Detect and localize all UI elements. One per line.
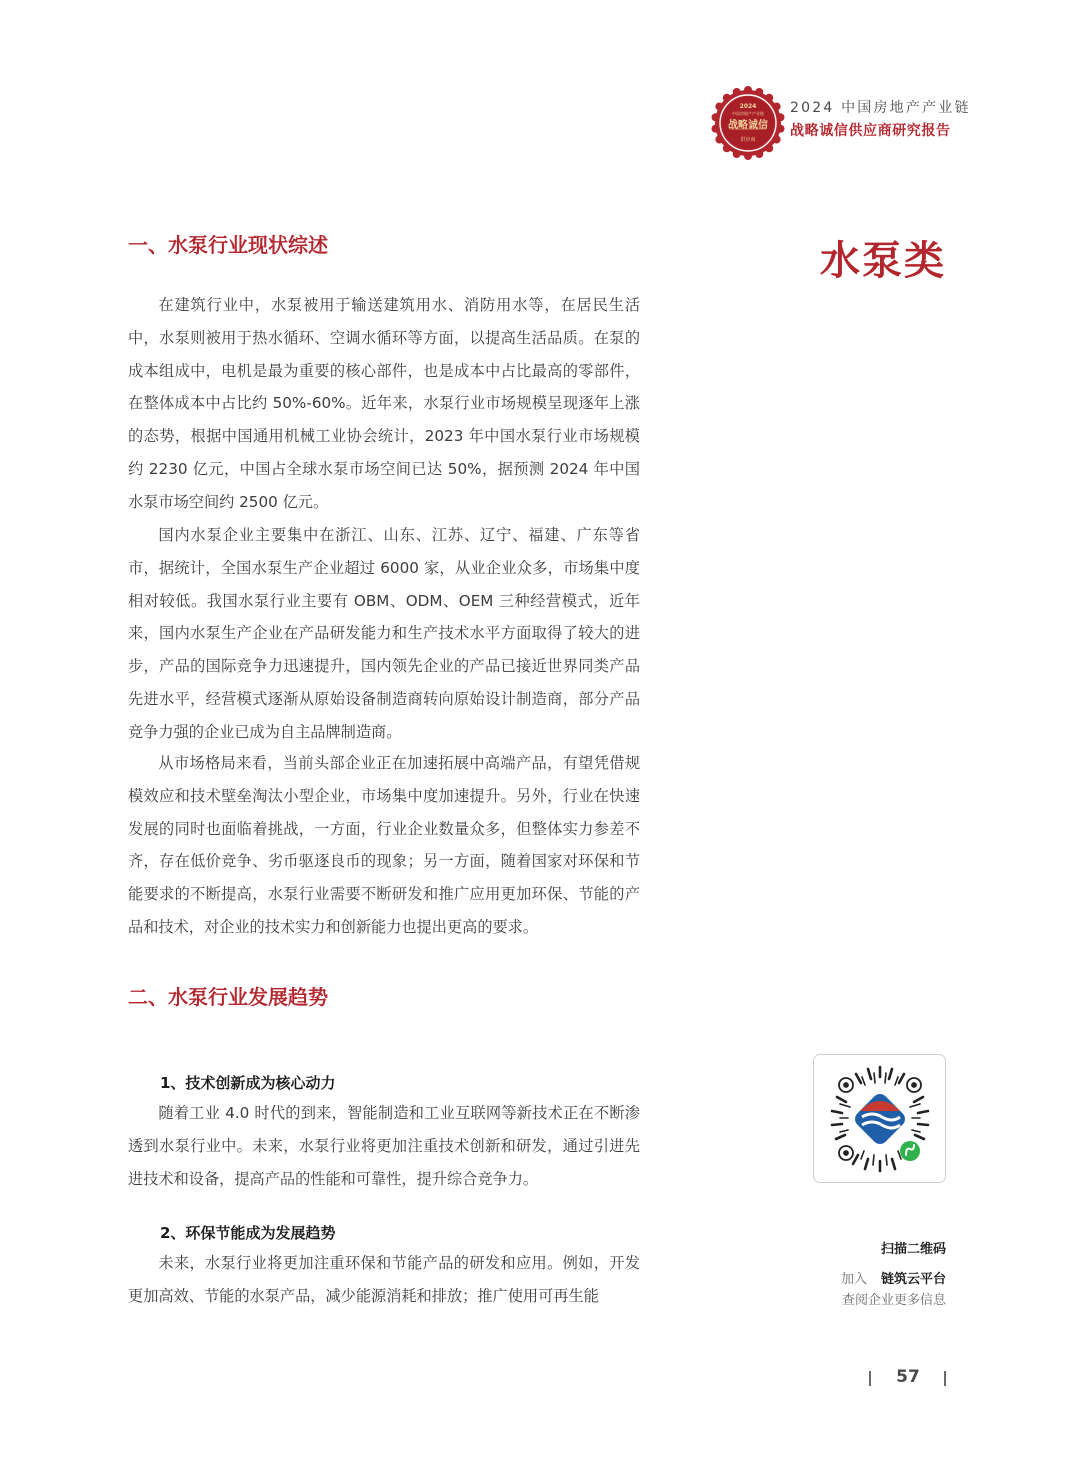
- badge-bottom-text: 供应商: [710, 136, 786, 143]
- report-series-title: 2024 中国房地产产业链: [790, 97, 971, 117]
- page-number-divider-left: [869, 1371, 871, 1386]
- subsection-1-paragraph: 随着工业 4.0 时代的到来，智能制造和工业互联网等新技术正在不断渗透到水泵行业…: [128, 1097, 640, 1195]
- subsection-2-heading: 2、环保节能成为发展趋势: [160, 1222, 335, 1243]
- section-1-heading: 一、水泵行业现状综述: [128, 229, 328, 258]
- join-platform-row: 加入链筑云平台: [841, 1268, 946, 1287]
- more-info-text: 查阅企业更多信息: [842, 1289, 946, 1308]
- section-1-paragraph-3: 从市场格局来看，当前头部企业正在加速拓展中高端产品，有望凭借规模效应和技术壁垒淘…: [128, 747, 640, 944]
- scan-qr-label: 扫描二维码: [881, 1238, 946, 1257]
- page-number-divider-right: [944, 1371, 946, 1386]
- mini-program-qr-code-icon: [820, 1059, 940, 1179]
- page-number: 57: [880, 1367, 936, 1387]
- subsection-1-heading: 1、技术创新成为核心动力: [160, 1072, 335, 1093]
- platform-name: 链筑云平台: [881, 1272, 946, 1287]
- badge-main-text: 战略诚信: [710, 116, 786, 131]
- category-title: 水泵类: [820, 229, 946, 286]
- subsection-2-paragraph: 未来，水泵行业将更加注重环保和节能产品的研发和应用。例如，开发更加高效、节能的水…: [128, 1247, 640, 1313]
- section-1-paragraph-2: 国内水泵企业主要集中在浙江、山东、江苏、辽宁、福建、广东等省市，据统计，全国水泵…: [128, 519, 640, 749]
- join-prefix: 加入: [841, 1272, 867, 1287]
- section-1-paragraph-1: 在建筑行业中，水泵被用于输送建筑用水、消防用水等，在居民生活中，水泵则被用于热水…: [128, 289, 640, 519]
- section-2-heading: 二、水泵行业发展趋势: [128, 981, 328, 1010]
- report-title: 战略诚信供应商研究报告: [790, 120, 951, 140]
- badge-year: 2024: [710, 103, 786, 110]
- qr-code-card[interactable]: [813, 1054, 946, 1183]
- seal-badge-icon: 2024 中国房地产产业链 战略诚信 供应商: [710, 85, 786, 161]
